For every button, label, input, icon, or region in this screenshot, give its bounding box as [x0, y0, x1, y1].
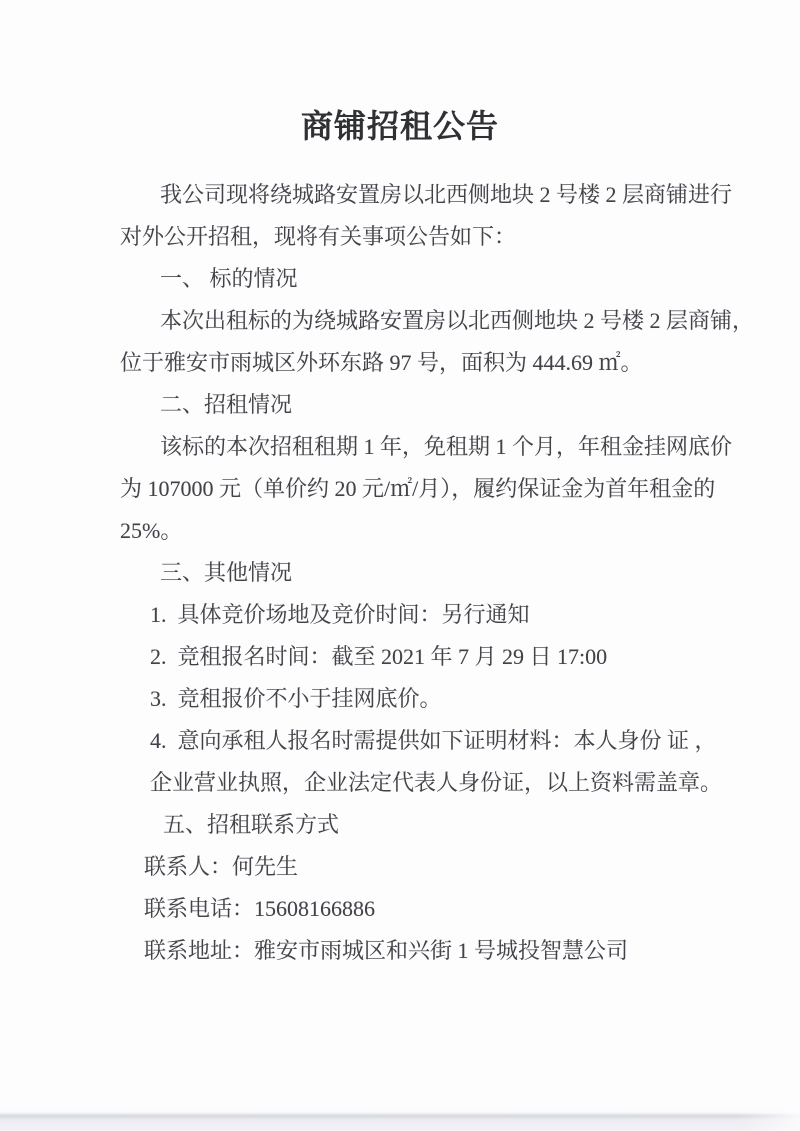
section-1-heading: 一、 标的情况	[160, 258, 710, 300]
section-2-heading: 二、招租情况	[160, 384, 710, 426]
list-item-3: 3. 竞租报价不小于挂网底价。	[150, 678, 710, 720]
list-item-4-line-1: 4. 意向承租人报名时需提供如下证明材料：本人身份 证 ，	[150, 720, 710, 762]
section-1-body-line-2: 位于雅安市雨城区外环东路 97 号，面积为 444.69 ㎡。	[120, 342, 710, 384]
scanned-rental-announcement-page: 商铺招租公告 我公司现将绕城路安置房以北西侧地块 2 号楼 2 层商铺进行 对外…	[0, 0, 800, 1131]
scan-paper-edge-fade	[740, 1108, 800, 1131]
list-item-4-line-2: 企业营业执照，企业法定代表人身份证，以上资料需盖章。	[150, 762, 710, 804]
scan-paper-bottom-edge	[0, 1108, 800, 1131]
contact-person-line: 联系人：何先生	[144, 846, 710, 888]
section-2-body-line-3: 25%。	[120, 510, 710, 552]
document-title: 商铺招租公告	[0, 102, 800, 150]
intro-line-1: 我公司现将绕城路安置房以北西侧地块 2 号楼 2 层商铺进行	[160, 174, 710, 216]
section-2-body-line-1: 该标的本次招租租期 1 年，免租期 1 个月，年租金挂网底价	[160, 426, 710, 468]
contact-address-line: 联系地址：雅安市雨城区和兴街 1 号城投智慧公司	[144, 930, 710, 972]
section-1-body-line-1: 本次出租标的为绕城路安置房以北西侧地块 2 号楼 2 层商铺，	[160, 300, 710, 342]
section-2-body-line-2: 为 107000 元（单价约 20 元/㎡/月），履约保证金为首年租金的	[120, 468, 710, 510]
intro-line-2: 对外公开招租，现将有关事项公告如下：	[120, 216, 710, 258]
document-body: 我公司现将绕城路安置房以北西侧地块 2 号楼 2 层商铺进行 对外公开招租，现将…	[120, 174, 710, 972]
list-item-2: 2. 竞租报名时间：截至 2021 年 7 月 29 日 17:00	[150, 636, 710, 678]
section-3-heading: 三、其他情况	[160, 552, 710, 594]
contact-phone-line: 联系电话：15608166886	[144, 888, 710, 930]
section-5-heading: 五、招租联系方式	[163, 804, 710, 846]
list-item-1: 1. 具体竞价场地及竞价时间：另行通知	[150, 594, 710, 636]
